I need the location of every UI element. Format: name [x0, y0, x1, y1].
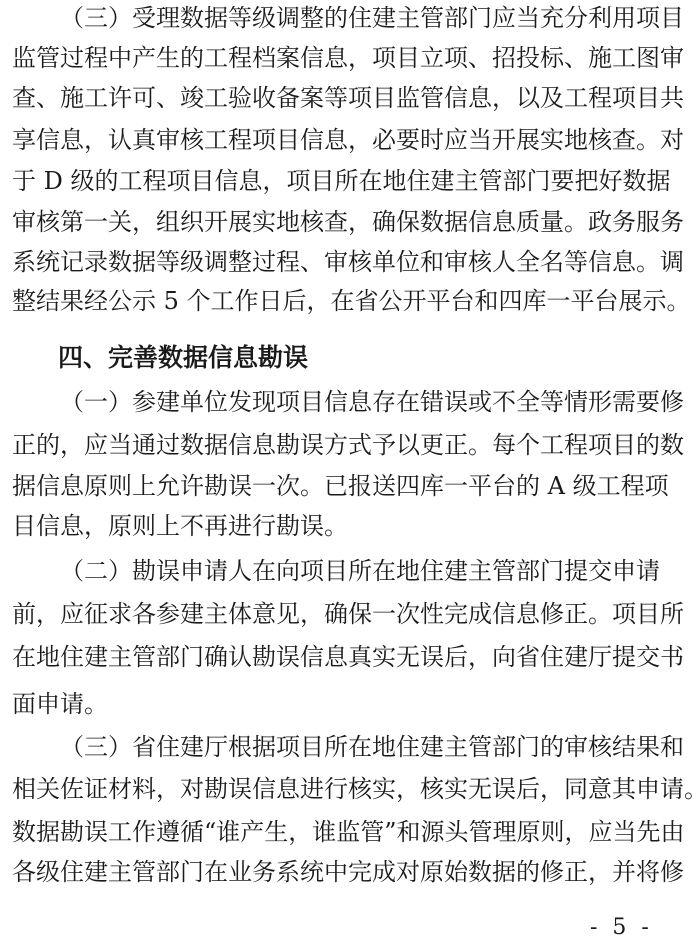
- paragraph-line: 整结果经公示 5 个工作日后，在省公开平台和四库一平台展示。: [12, 281, 644, 321]
- paragraph-line: 系统记录数据等级调整过程、审核单位和审核人全名等信息。调: [12, 242, 644, 282]
- paragraph-line: 数据勘误工作遵循“谁产生，谁监管”和源头管理原则，应当先由: [12, 812, 644, 852]
- paragraph-line: 享信息，认真审核工程项目信息，必要时应当开展实地核查。对: [12, 120, 644, 160]
- paragraph-line: 面申请。: [12, 684, 644, 724]
- page-number: - 5 -: [590, 914, 653, 942]
- paragraph-line: 正的，应当通过数据信息勘误方式予以更正。每个工程项目的数: [12, 425, 644, 465]
- paragraph-line: （二）勘误申请人在向项目所在地住建主管部门提交申请: [60, 551, 644, 591]
- paragraph-line: （三）省住建厅根据项目所在地住建主管部门的审核结果和: [60, 727, 644, 767]
- paragraph-line: 各级住建主管部门在业务系统中完成对原始数据的修正，并将修: [12, 852, 644, 892]
- paragraph-line: 于 D 级的工程项目信息，项目所在地住建主管部门要把好数据: [12, 161, 644, 201]
- paragraph-line: 监管过程中产生的工程档案信息，项目立项、招投标、施工图审: [12, 38, 644, 78]
- paragraph-line: 查、施工许可、竣工验收备案等项目监管信息，以及工程项目共: [12, 78, 644, 118]
- paragraph-line: 相关佐证材料，对勘误信息进行核实，核实无误后，同意其申请。: [12, 769, 644, 809]
- paragraph-line: 据信息原则上允许勘误一次。已报送四库一平台的 A 级工程项: [12, 466, 644, 506]
- paragraph-line: （三）受理数据等级调整的住建主管部门应当充分利用项目: [60, 0, 644, 38]
- paragraph-line: 目信息，原则上不再进行勘误。: [12, 506, 644, 546]
- section-heading: 四、完善数据信息勘误: [58, 338, 308, 378]
- paragraph-line: 审核第一关，组织开展实地核查，确保数据信息质量。政务服务: [12, 202, 644, 242]
- paragraph-line: 在地住建主管部门确认勘误信息真实无误后，向省住建厅提交书: [12, 637, 644, 677]
- paragraph-line: 前，应征求各参建主体意见，确保一次性完成信息修正。项目所: [12, 594, 644, 634]
- paragraph-line: （一）参建单位发现项目信息存在错误或不全等情形需要修: [60, 382, 644, 422]
